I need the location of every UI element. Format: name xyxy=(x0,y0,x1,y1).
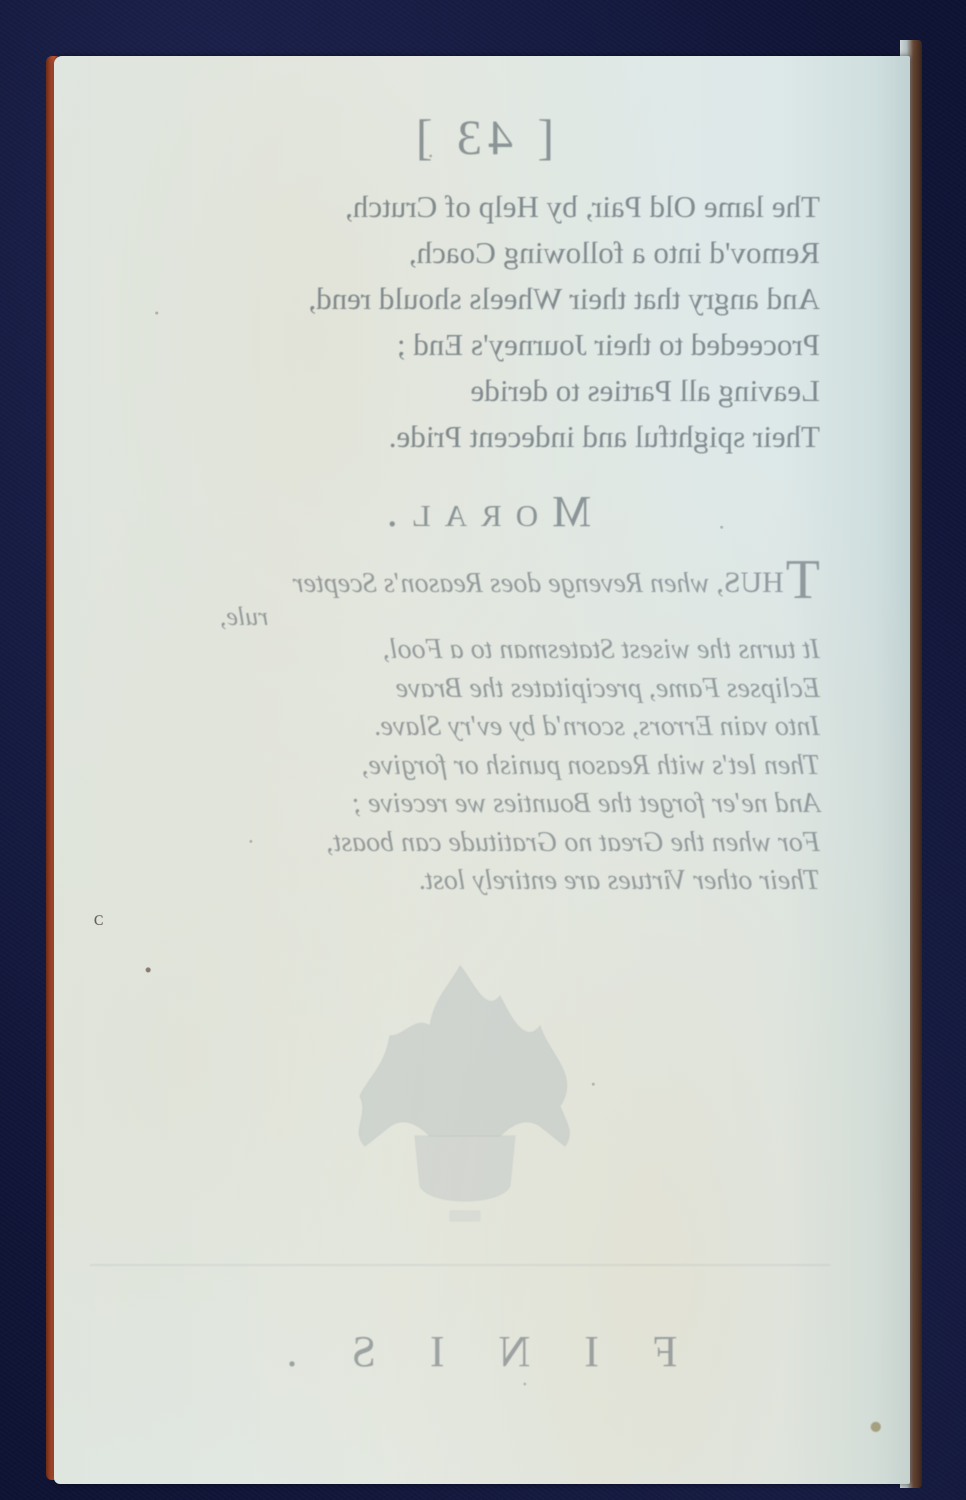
moral-first-line: THUS, when Revenge does Reason's Scepter xyxy=(100,561,820,603)
verse-block: The lame Old Pair, by Help of Crutch, Re… xyxy=(180,184,820,460)
moral-line: Into vain Errors, scorn'd by ev'ry Slave… xyxy=(100,708,820,747)
mirrored-show-through: [ 43 ] The lame Old Pair, by Help of Cru… xyxy=(54,56,910,1484)
finis-colophon: FINIS. xyxy=(54,1326,910,1377)
page-number: [ 43 ] xyxy=(54,108,910,166)
verse-line: Proceeded to their Journey's End ; xyxy=(180,322,820,368)
verse-line: Leaving all Parties to deride xyxy=(180,368,820,414)
moral-line: For when the Great no Gratitude can boas… xyxy=(100,824,820,863)
verse-line: Remov'd into a following Coach, xyxy=(180,230,820,276)
moral-line: It turns the wisest Statesman to a Fool, xyxy=(100,631,820,670)
moral-block: THUS, when Revenge does Reason's Scepter… xyxy=(100,561,820,901)
moral-line: Then let's with Reason punish or forgive… xyxy=(100,747,820,786)
verse-line: Their spightful and indecent Pride. xyxy=(180,414,820,460)
moral-line: Their other Virtues are entirely lost. xyxy=(100,862,820,901)
drop-cap: T xyxy=(786,549,820,611)
moral-line: And ne'er forget the Bounties we receive… xyxy=(100,785,820,824)
verse-line: The lame Old Pair, by Help of Crutch, xyxy=(180,184,820,230)
turnover-word: rule, xyxy=(100,603,820,631)
basket-of-flowers-icon xyxy=(310,956,620,1236)
verse-line: And angry that their Wheels should rend, xyxy=(180,276,820,322)
faint-rule xyxy=(90,1264,830,1266)
first-line-text: when Revenge does Reason's Scepter xyxy=(293,568,717,599)
first-word-caps: HUS, xyxy=(716,566,784,599)
moral-heading: Moral. xyxy=(54,486,910,537)
moral-line: Eclipses Fame, precipitates the Brave xyxy=(100,670,820,709)
